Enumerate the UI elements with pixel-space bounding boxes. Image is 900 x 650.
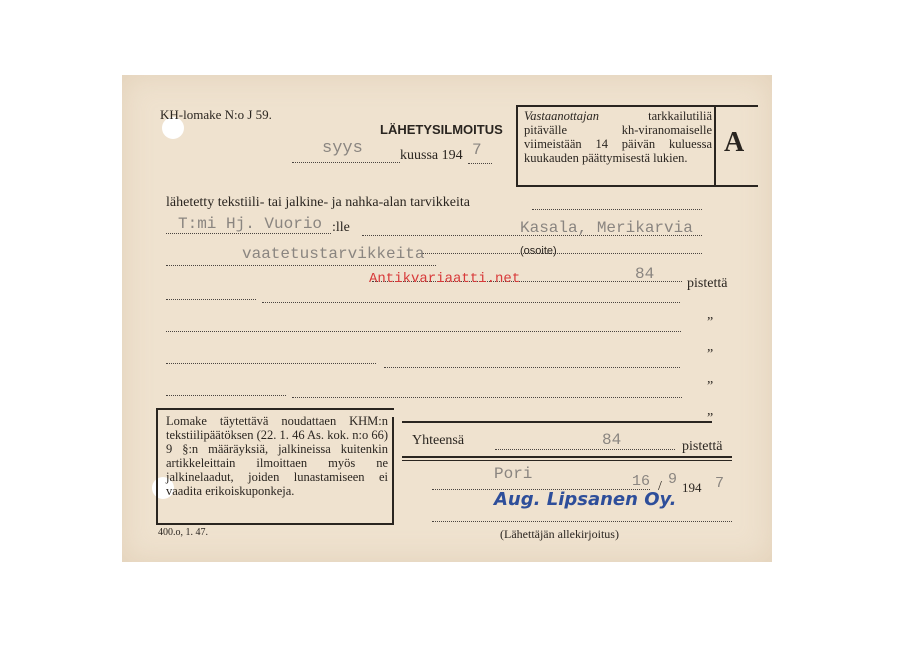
item-line [166,265,436,266]
address-typed: Kasala, Merikarvia [520,219,693,237]
signature-label: (Lähettäjän allekirjoitus) [500,527,619,542]
address-label: (osoite) [520,245,557,257]
recipient-line [166,233,331,234]
ditto-mark-3: ” [707,379,713,395]
instructions-box-right-border [392,417,394,523]
row-line-2 [166,331,681,332]
recipient-notice-box: Vastaanottajan tarkkailutiliä pitävälle … [516,105,758,187]
intro-fill-line [532,209,702,210]
row-line-1b [262,302,680,303]
month-line [292,162,400,163]
box-divider [714,107,716,185]
row-line-3b [384,367,680,368]
date-year-prefix: 194 [682,480,702,496]
row-line-3 [166,363,376,364]
year-digit: 7 [472,141,482,159]
ditto-mark-4: ” [707,411,713,427]
total-line [495,449,675,450]
month-typed: syys [322,139,363,158]
recipient-notice-text: Vastaanottajan tarkkailutiliä pitävälle … [524,109,712,165]
ditto-mark-1: ” [707,315,713,331]
document-card: KH-lomake N:o J 59. LÄHETYSILMOITUS syys… [122,75,772,562]
intro-line: lähetetty tekstiili- tai jalkine- ja nah… [166,195,470,211]
instructions-text: Lomake täytettävä noudattaen KHM:n tekst… [166,414,388,498]
year-line [468,163,492,164]
date-day: 16 [632,473,650,490]
recipient-typed: T:mi Hj. Vuorio [178,215,322,233]
recipient-suffix: :lle [332,220,350,236]
month-suffix: kuussa 194 [400,148,463,164]
signature-line [432,521,732,522]
date-year-digit: 7 [715,475,724,492]
instructions-box: Lomake täytettävä noudattaen KHM:n tekst… [156,408,394,525]
total-top-rule [402,421,712,423]
form-type-letter: A [724,127,744,159]
ditto-mark-2: ” [707,347,713,363]
form-title: LÄHETYSILMOITUS [380,122,503,137]
form-number: KH-lomake N:o J 59. [160,107,272,123]
total-label: Yhteensä [412,433,464,449]
address-line-2 [422,253,702,254]
row-line-4 [166,395,286,396]
item-typed: vaatetustarvikkeita [242,245,424,263]
place-typed: Pori [494,465,532,483]
row-line-4b [292,397,682,398]
item-points-label: pistettä [687,276,727,292]
total-bottom-rule-1 [402,456,732,458]
total-points: 84 [602,431,621,449]
watermark: Antikvariaatti.net [369,271,520,287]
total-points-label: pistettä [682,439,722,455]
print-code: 400.o, 1. 47. [158,527,208,538]
signature-stamp: Aug. Lipsanen Oy. [494,489,676,510]
total-bottom-rule-2 [402,460,732,461]
item-points: 84 [635,265,654,283]
date-month: 9 [668,471,677,488]
row-line-1 [166,299,256,300]
